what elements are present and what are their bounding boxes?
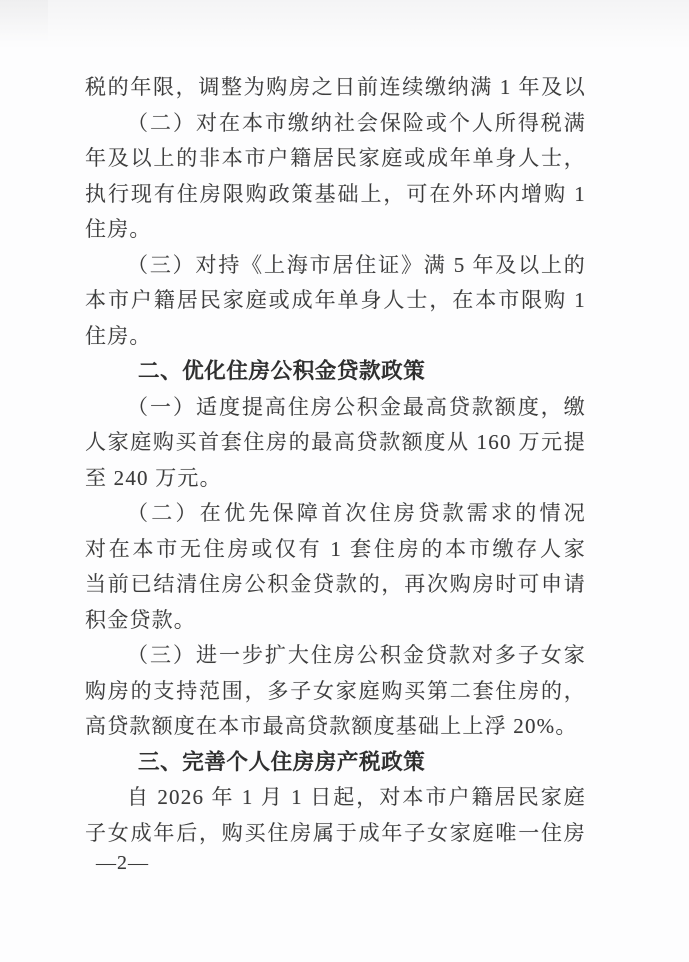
text-line: 积金贷款。 [85, 603, 586, 639]
text-line: 高贷款额度在本市最高贷款额度基础上上浮 20%。 [85, 709, 586, 745]
text-line: （三）进一步扩大住房公积金贷款对多子女家庭 [85, 638, 586, 674]
document-page: 税的年限，调整为购房之日前连续缴纳满 1 年及以上。（二）对在本市缴纳社会保险或… [0, 0, 689, 962]
document-body: 税的年限，调整为购房之日前连续缴纳满 1 年及以上。（二）对在本市缴纳社会保险或… [85, 70, 586, 851]
text-line: 对在本市无住房或仅有 1 套住房的本市缴存人家庭， [85, 532, 586, 568]
text-line: 执行现有住房限购政策基础上，可在外环内增购 1 套 [85, 177, 586, 213]
text-line: 购房的支持范围，多子女家庭购买第二套住房的，最 [85, 674, 586, 710]
section-heading: 三、完善个人住房房产税政策 [85, 745, 586, 781]
text-line: （三）对持《上海市居住证》满 5 年及以上的非 [85, 248, 586, 284]
page-number: —2— [96, 852, 149, 875]
text-line: 住房。 [85, 212, 586, 248]
text-line: （二）在优先保障首次住房贷款需求的情况下， [85, 496, 586, 532]
text-line: 子女成年后，购买住房属于成年子女家庭唯一住房的， [85, 816, 586, 852]
text-line: 人家庭购买首套住房的最高贷款额度从 160 万元提高 [85, 425, 586, 461]
text-line: 住房。 [85, 319, 586, 355]
section-heading: 二、优化住房公积金贷款政策 [85, 354, 586, 390]
text-line: 年及以上的非本市户籍居民家庭或成年单身人士，在 [85, 141, 586, 177]
text-line: 税的年限，调整为购房之日前连续缴纳满 1 年及以上。 [85, 70, 586, 106]
text-line: 当前已结清住房公积金贷款的，再次购房时可申请公 [85, 567, 586, 603]
text-line: （二）对在本市缴纳社会保险或个人所得税满 3 [85, 106, 586, 142]
scan-corner-shading [0, 0, 48, 44]
text-line: 本市户籍居民家庭或成年单身人士，在本市限购 1 套 [85, 283, 586, 319]
text-line: （一）适度提高住房公积金最高贷款额度，缴存 [85, 390, 586, 426]
scan-top-shading [0, 0, 689, 50]
text-line: 自 2026 年 1 月 1 日起，对本市户籍居民家庭中的 [85, 780, 586, 816]
text-line: 至 240 万元。 [85, 461, 586, 497]
